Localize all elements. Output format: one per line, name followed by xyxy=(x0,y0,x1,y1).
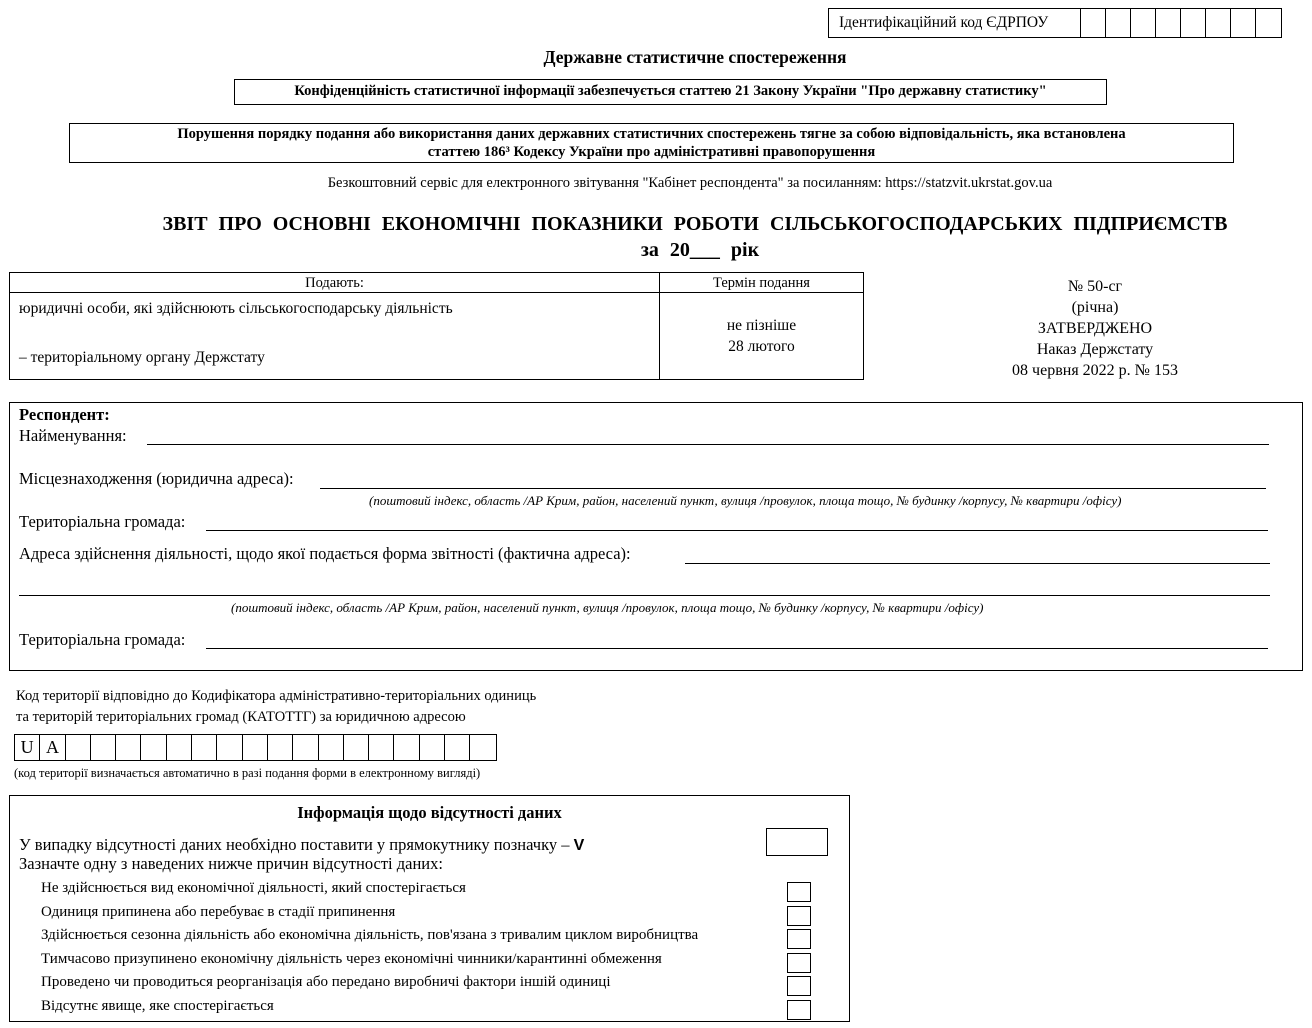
approval-date: 08 червня 2022 р. № 153 xyxy=(985,360,1205,381)
edrpou-code-box: Ідентифікаційний код ЄДРПОУ xyxy=(828,8,1282,38)
legal-address-label: Місцезнаходження (юридична адреса): xyxy=(19,469,294,489)
reason-label: Проведено чи проводиться реорганізація а… xyxy=(41,974,610,991)
edrpou-digit-cell[interactable] xyxy=(1081,9,1106,37)
katottg-line-2: та територій територіальних громад (КАТО… xyxy=(16,707,536,728)
form-periodicity: (річна) xyxy=(985,297,1205,318)
actual-address-input-line-2[interactable] xyxy=(19,595,1270,596)
community-label-legal: Територіальна громада: xyxy=(19,512,185,532)
observation-title: Державне статистичне спостереження xyxy=(0,47,1312,68)
community-label-actual: Територіальна громада: xyxy=(19,630,185,650)
katottg-note: (код території визначається автоматично … xyxy=(14,766,480,781)
data-absence-instructions: У випадку відсутності даних необхідно по… xyxy=(19,836,584,873)
report-period: за 20___ рік xyxy=(0,237,1312,263)
katottg-cell[interactable] xyxy=(192,735,217,760)
no-data-checkbox[interactable] xyxy=(766,828,828,856)
respondent-heading: Респондент: xyxy=(19,405,110,425)
legal-address-hint: (поштовий індекс, область /АР Крим, райо… xyxy=(369,493,1122,509)
edrpou-label: Ідентифікаційний код ЄДРПОУ xyxy=(829,9,1081,37)
reason-checkbox[interactable] xyxy=(787,953,811,973)
violation-line-2: статтею 186³ Кодексу України про адмініс… xyxy=(70,143,1233,161)
choose-reason-text: Зазначте одну з наведених нижче причин в… xyxy=(19,855,584,873)
katottg-cell[interactable] xyxy=(420,735,445,760)
approval-order: Наказ Держстату xyxy=(985,339,1205,360)
katottg-cell[interactable] xyxy=(66,735,91,760)
submitters-cell: юридичні особи, які здійснюють сільськог… xyxy=(10,293,660,380)
submitters-who: юридичні особи, які здійснюють сільськог… xyxy=(19,300,453,318)
reason-checkbox[interactable] xyxy=(787,906,811,926)
community-input-legal[interactable] xyxy=(206,530,1268,531)
katottg-cell[interactable] xyxy=(91,735,116,760)
katottg-cell[interactable] xyxy=(217,735,242,760)
name-input[interactable] xyxy=(147,444,1269,445)
reason-checkbox[interactable] xyxy=(787,929,811,949)
katottg-cell[interactable] xyxy=(268,735,293,760)
edrpou-digit-cell[interactable] xyxy=(1231,9,1256,37)
submitters-to: – територіальному органу Держстату xyxy=(19,349,265,367)
deadline-line-1: не пізніше xyxy=(660,315,863,336)
katottg-cell[interactable] xyxy=(394,735,419,760)
report-title: ЗВІТ ПРО ОСНОВНІ ЕКОНОМІЧНІ ПОКАЗНИКИ РО… xyxy=(0,211,1312,263)
reason-label: Одиниця припинена або перебуває в стадії… xyxy=(41,904,395,921)
electronic-service-link[interactable]: Безкоштовний сервіс для електронного зві… xyxy=(0,175,1312,192)
katottg-cell[interactable] xyxy=(445,735,470,760)
edrpou-digit-cell[interactable] xyxy=(1131,9,1156,37)
katottg-cell[interactable] xyxy=(369,735,394,760)
katottg-cell[interactable] xyxy=(293,735,318,760)
katottg-cell: A xyxy=(40,735,65,760)
reason-label: Тимчасово призупинено економічну діяльні… xyxy=(41,951,662,968)
katottg-description: Код території відповідно до Кодифікатора… xyxy=(16,686,536,728)
submission-table: Подають: Термін подання юридичні особи, … xyxy=(9,272,864,380)
respondent-section: Респондент: Найменування: Місцезнаходжен… xyxy=(9,402,1303,671)
reason-checkbox[interactable] xyxy=(787,882,811,902)
reason-label: Здійснюється сезонна діяльність або екон… xyxy=(41,927,698,944)
reason-checkbox[interactable] xyxy=(787,976,811,996)
katottg-cell[interactable] xyxy=(116,735,141,760)
edrpou-digit-cell[interactable] xyxy=(1256,9,1281,37)
katottg-code-cells: UA xyxy=(14,734,497,761)
community-input-actual[interactable] xyxy=(206,648,1268,649)
katottg-cell[interactable] xyxy=(344,735,369,760)
deadline-cell: не пізніше 28 лютого xyxy=(660,293,864,380)
actual-address-input[interactable] xyxy=(685,563,1270,564)
reason-label: Не здійснюється вид економічної діяльнос… xyxy=(41,880,466,897)
katottg-cell[interactable] xyxy=(470,735,495,760)
violation-line-1: Порушення порядку подання або використан… xyxy=(70,125,1233,143)
column-header-submitters: Подають: xyxy=(10,273,660,293)
form-approval-block: № 50-сг (річна) ЗАТВЕРДЖЕНО Наказ Держст… xyxy=(985,276,1205,381)
approved-stamp: ЗАТВЕРДЖЕНО xyxy=(985,318,1205,339)
report-title-main: ЗВІТ ПРО ОСНОВНІ ЕКОНОМІЧНІ ПОКАЗНИКИ РО… xyxy=(0,211,1312,237)
edrpou-digit-cell[interactable] xyxy=(1156,9,1181,37)
katottg-cell[interactable] xyxy=(141,735,166,760)
edrpou-digit-cell[interactable] xyxy=(1181,9,1206,37)
edrpou-digit-cell[interactable] xyxy=(1206,9,1231,37)
katottg-cell[interactable] xyxy=(319,735,344,760)
katottg-cell[interactable] xyxy=(167,735,192,760)
reason-checkbox[interactable] xyxy=(787,1000,811,1020)
actual-address-label: Адреса здійснення діяльності, щодо якої … xyxy=(19,544,631,564)
check-mark-glyph: V xyxy=(574,837,585,854)
reason-label: Відсутнє явище, яке спостерігається xyxy=(41,998,274,1015)
katottg-cell[interactable] xyxy=(243,735,268,760)
actual-address-hint: (поштовий індекс, область /АР Крим, райо… xyxy=(231,600,984,616)
name-label: Найменування: xyxy=(19,426,127,446)
edrpou-digit-cell[interactable] xyxy=(1106,9,1131,37)
column-header-deadline: Термін подання xyxy=(660,273,864,293)
katottg-line-1: Код території відповідно до Кодифікатора… xyxy=(16,686,536,707)
confidentiality-notice: Конфіденційність статистичної інформації… xyxy=(234,79,1107,105)
legal-address-input[interactable] xyxy=(320,488,1266,489)
data-absence-title: Інформація щодо відсутності даних xyxy=(10,803,849,823)
katottg-cell: U xyxy=(15,735,40,760)
form-number: № 50-сг xyxy=(985,276,1205,297)
deadline-line-2: 28 лютого xyxy=(660,336,863,357)
violation-notice: Порушення порядку подання або використан… xyxy=(69,123,1234,163)
instruction-text: У випадку відсутності даних необхідно по… xyxy=(19,835,570,854)
